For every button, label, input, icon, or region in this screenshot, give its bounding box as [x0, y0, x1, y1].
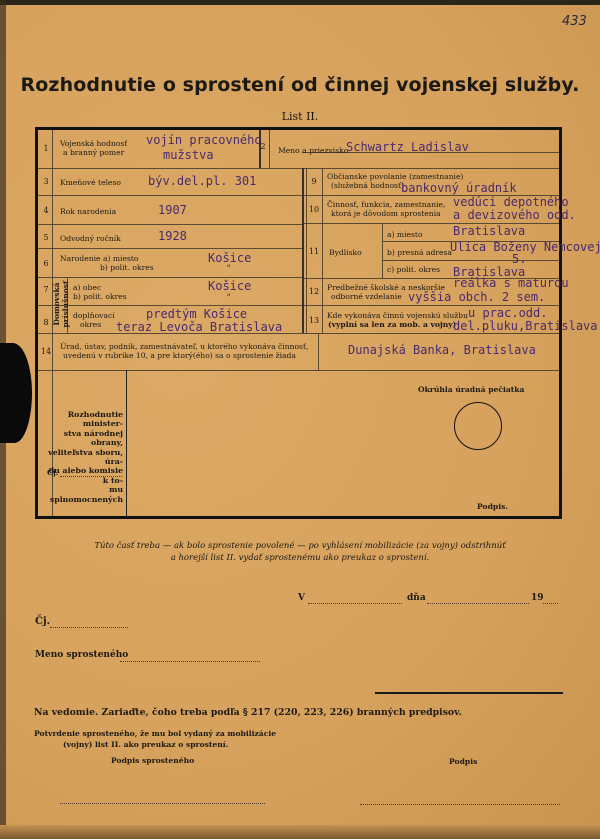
document-subtitle: List II. [0, 110, 600, 123]
confirmation-text: (vojny) list II. ako preukaz o sprostení… [63, 740, 228, 750]
date-label: dňa [407, 593, 426, 603]
signature-label: Podpis. [477, 502, 508, 511]
field-label: Vojenská hodnosť [60, 139, 127, 148]
year-label: 19 [531, 593, 544, 603]
date-line[interactable] [427, 603, 529, 604]
row-number: 3 [38, 177, 54, 186]
row-number: 1 [38, 144, 54, 153]
row-number: 9 [306, 177, 322, 186]
reference-number-line[interactable] [50, 627, 128, 628]
reference-number-line[interactable] [60, 476, 122, 477]
place-label: V [298, 593, 305, 603]
row-number: 11 [306, 247, 322, 256]
field-label: a) obec [73, 283, 101, 292]
residence-city-value: Bratislava [453, 225, 525, 238]
field-label: odborné vzdelanie [331, 292, 402, 301]
page-top-edge [0, 0, 600, 5]
released-signature-label: Podpis sprosteného [111, 756, 194, 766]
row-number: 12 [306, 287, 322, 296]
page-number: 433 [562, 14, 587, 29]
decision-label: Rozhodnutie minister- stva národnej obra… [42, 410, 123, 504]
field-label: Úrad, ústav, podnik, zamestnávateľ, u kt… [60, 342, 308, 351]
form-table: 1 Vojenská hodnosť a branný pomer vojín … [35, 127, 562, 519]
field-label: Kde vykonáva činnú vojenskú službu [327, 311, 468, 320]
reference-number-label: Čj. [47, 468, 58, 477]
education-value: vyššia obch. 2 sem. [408, 291, 545, 304]
row-number: 7 [38, 285, 54, 294]
signature-label: Podpis [449, 757, 477, 767]
field-label: b) polit. okres [73, 292, 127, 301]
group-label: Domovskápríslušnosť [53, 278, 70, 330]
place-line[interactable] [308, 603, 402, 604]
full-name-value: Schwartz Ladislav [346, 141, 469, 154]
row-number: 8 [38, 318, 54, 327]
notice-text: Na vedomie. Zariaďte, čoho treba podľa §… [34, 707, 462, 718]
released-signature-line[interactable] [60, 803, 265, 804]
field-label: a branný pomer [63, 148, 124, 157]
civil-occupation-value: bankovný úradník [401, 182, 517, 195]
stamp-label: Okrúhla úradná pečiatka [418, 385, 524, 394]
field-label: Narodenie a) miesto [60, 254, 139, 263]
cut-instruction: Túto časť treba — ak bolo sprostenie pov… [0, 540, 600, 564]
field-label: a) miesto [387, 230, 423, 239]
reference-number-label: Čj. [35, 616, 50, 627]
recruitment-district-value: teraz Levoča Bratislava [116, 321, 282, 334]
field-label: c) polit. okres [387, 265, 440, 274]
row-number: 2 [256, 142, 270, 151]
activity-value: a devizového odd. [453, 209, 576, 222]
field-label: okres [80, 320, 101, 329]
field-label: Odvodný ročník [60, 234, 121, 243]
row-number: 6 [38, 259, 54, 268]
row-number: 10 [306, 205, 322, 214]
signature-line [375, 692, 563, 694]
field-label: Rok narodenia [60, 207, 116, 216]
row-number: 4 [38, 206, 54, 215]
field-label: doplňovací [73, 311, 115, 320]
unit-value: býv.del.pl. 301 [148, 175, 256, 188]
education-value: reálka s maturou [453, 277, 569, 290]
field-label: Meno a priezvisko [278, 146, 348, 155]
field-label: (vyplní sa len za mob. a vojny) [328, 320, 456, 329]
row-number: 14 [38, 347, 54, 356]
row-number: 13 [306, 316, 322, 325]
field-label: b) presná adresa [387, 248, 452, 257]
military-rank-value: mužstva [163, 149, 214, 162]
field-label: ktorá je dôvodom sprostenia [331, 209, 441, 218]
birth-year-value: 1907 [158, 204, 187, 217]
service-location-value: del.pluku,Bratislava [453, 320, 598, 333]
field-label: Občianske povolanie (zamestnanie) [327, 172, 463, 181]
military-rank-value: vojín pracovného [146, 134, 262, 147]
document-title: Rozhodnutie o sprostení od činnej vojens… [0, 74, 600, 96]
field-label: Kmeňové teleso [60, 178, 121, 187]
field-label: b) polit. okres [100, 263, 154, 272]
employer-value: Dunajská Banka, Bratislava [348, 344, 536, 357]
field-label: Bydlisko [329, 248, 362, 257]
field-label: uvedenú v rubrike 10, a pre ktorý(ého) s… [63, 351, 296, 360]
torn-edge [0, 343, 32, 443]
released-name-line[interactable] [120, 661, 260, 662]
stamp-circle [454, 402, 502, 450]
row-number: 5 [38, 233, 54, 242]
draft-year-value: 1928 [158, 230, 187, 243]
year-line[interactable] [543, 603, 558, 604]
page-bottom-edge [0, 825, 600, 839]
field-label: Činnosť, funkcia, zamestnanie, [327, 200, 445, 209]
confirmation-text: Potvrdenie sprosteného, že mu bol vydaný… [34, 729, 276, 739]
birth-district-value: " [226, 263, 231, 276]
field-label: (služebná hodnosť) [331, 181, 404, 190]
home-district-value: " [226, 292, 231, 305]
official-signature-line[interactable] [360, 804, 560, 805]
released-name-label: Meno sprosteného [35, 650, 128, 660]
